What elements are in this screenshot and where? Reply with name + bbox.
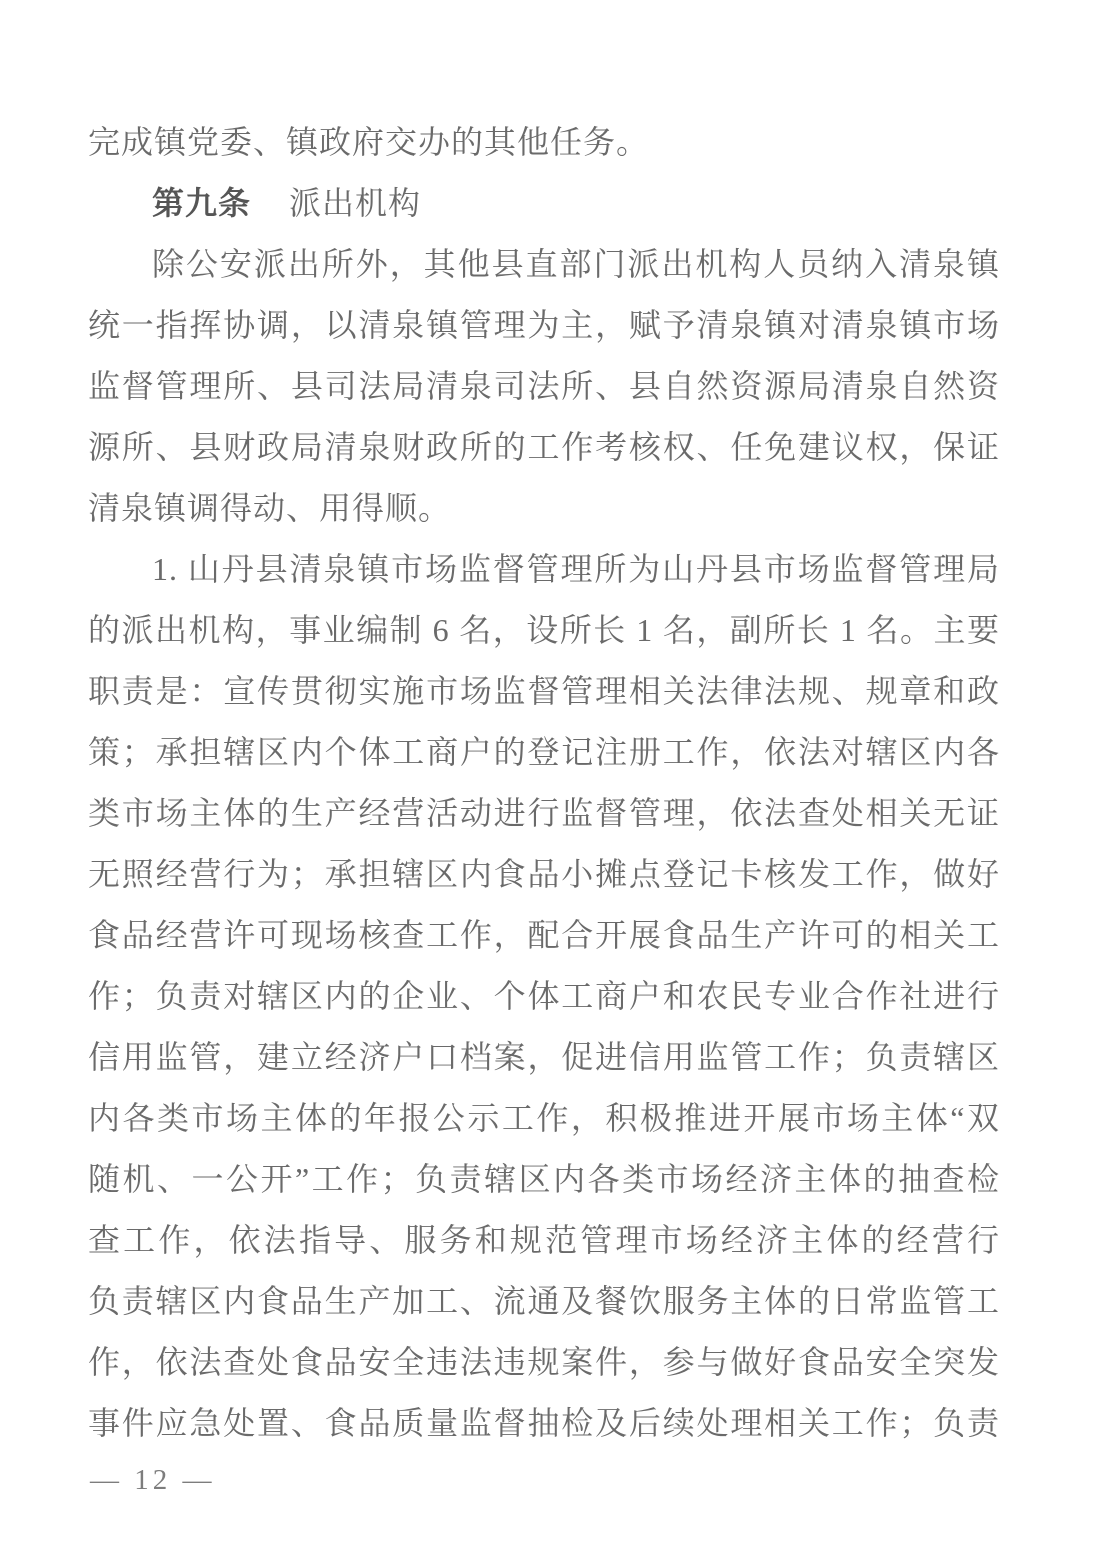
text-line: 的派出机构，事业编制 6 名，设所长 1 名，副所长 1 名。主要	[88, 600, 1000, 661]
text-line: 负责辖区内食品生产加工、流通及餐饮服务主体的日常监管工	[88, 1271, 1000, 1332]
text-line: 统一指挥协调，以清泉镇管理为主，赋予清泉镇对清泉镇市场	[88, 295, 1000, 356]
text-line: 1. 山丹县清泉镇市场监督管理所为山丹县市场监督管理局	[88, 539, 1000, 600]
text-line: 事件应急处置、食品质量监督抽检及后续处理相关工作；负责	[88, 1393, 1000, 1454]
text-line: 除公安派出所外，其他县直部门派出机构人员纳入清泉镇	[88, 234, 1000, 295]
text-line: 策；承担辖区内个体工商户的登记注册工作，依法对辖区内各	[88, 722, 1000, 783]
text-line: 监督管理所、县司法局清泉司法所、县自然资源局清泉自然资	[88, 356, 1000, 417]
text-line: 随机、一公开”工作；负责辖区内各类市场经济主体的抽查检	[88, 1149, 1000, 1210]
text-line: 源所、县财政局清泉财政所的工作考核权、任免建议权，保证	[88, 417, 1000, 478]
text-line: 作；负责对辖区内的企业、个体工商户和农民专业合作社进行	[88, 966, 1000, 1027]
text-line: 内各类市场主体的年报公示工作，积极推进开展市场主体“双	[88, 1088, 1000, 1149]
text-line: 信用监管，建立经济户口档案，促进信用监管工作；负责辖区	[88, 1027, 1000, 1088]
text-line: 作，依法查处食品安全违法违规案件，参与做好食品安全突发	[88, 1332, 1000, 1393]
text-line: 查工作，依法指导、服务和规范管理市场经济主体的经营行为；	[88, 1210, 1000, 1271]
text-line: 食品经营许可现场核查工作，配合开展食品生产许可的相关工	[88, 905, 1000, 966]
text-line: 无照经营行为；承担辖区内食品小摊点登记卡核发工作，做好	[88, 844, 1000, 905]
article-heading: 第九条派出机构	[88, 173, 1000, 234]
text-line: 完成镇党委、镇政府交办的其他任务。	[88, 112, 1000, 173]
text-line: 清泉镇调得动、用得顺。	[88, 478, 1000, 539]
text-line: 类市场主体的生产经营活动进行监督管理，依法查处相关无证	[88, 783, 1000, 844]
text-line: 职责是：宣传贯彻实施市场监督管理相关法律法规、规章和政	[88, 661, 1000, 722]
page-number: — 12 —	[90, 1458, 216, 1502]
article-title: 派出机构	[289, 185, 421, 221]
document-page: 完成镇党委、镇政府交办的其他任务。 第九条派出机构 除公安派出所外，其他县直部门…	[0, 0, 1108, 1546]
document-body: 完成镇党委、镇政府交办的其他任务。 第九条派出机构 除公安派出所外，其他县直部门…	[88, 112, 1000, 1454]
article-number: 第九条	[152, 185, 251, 221]
